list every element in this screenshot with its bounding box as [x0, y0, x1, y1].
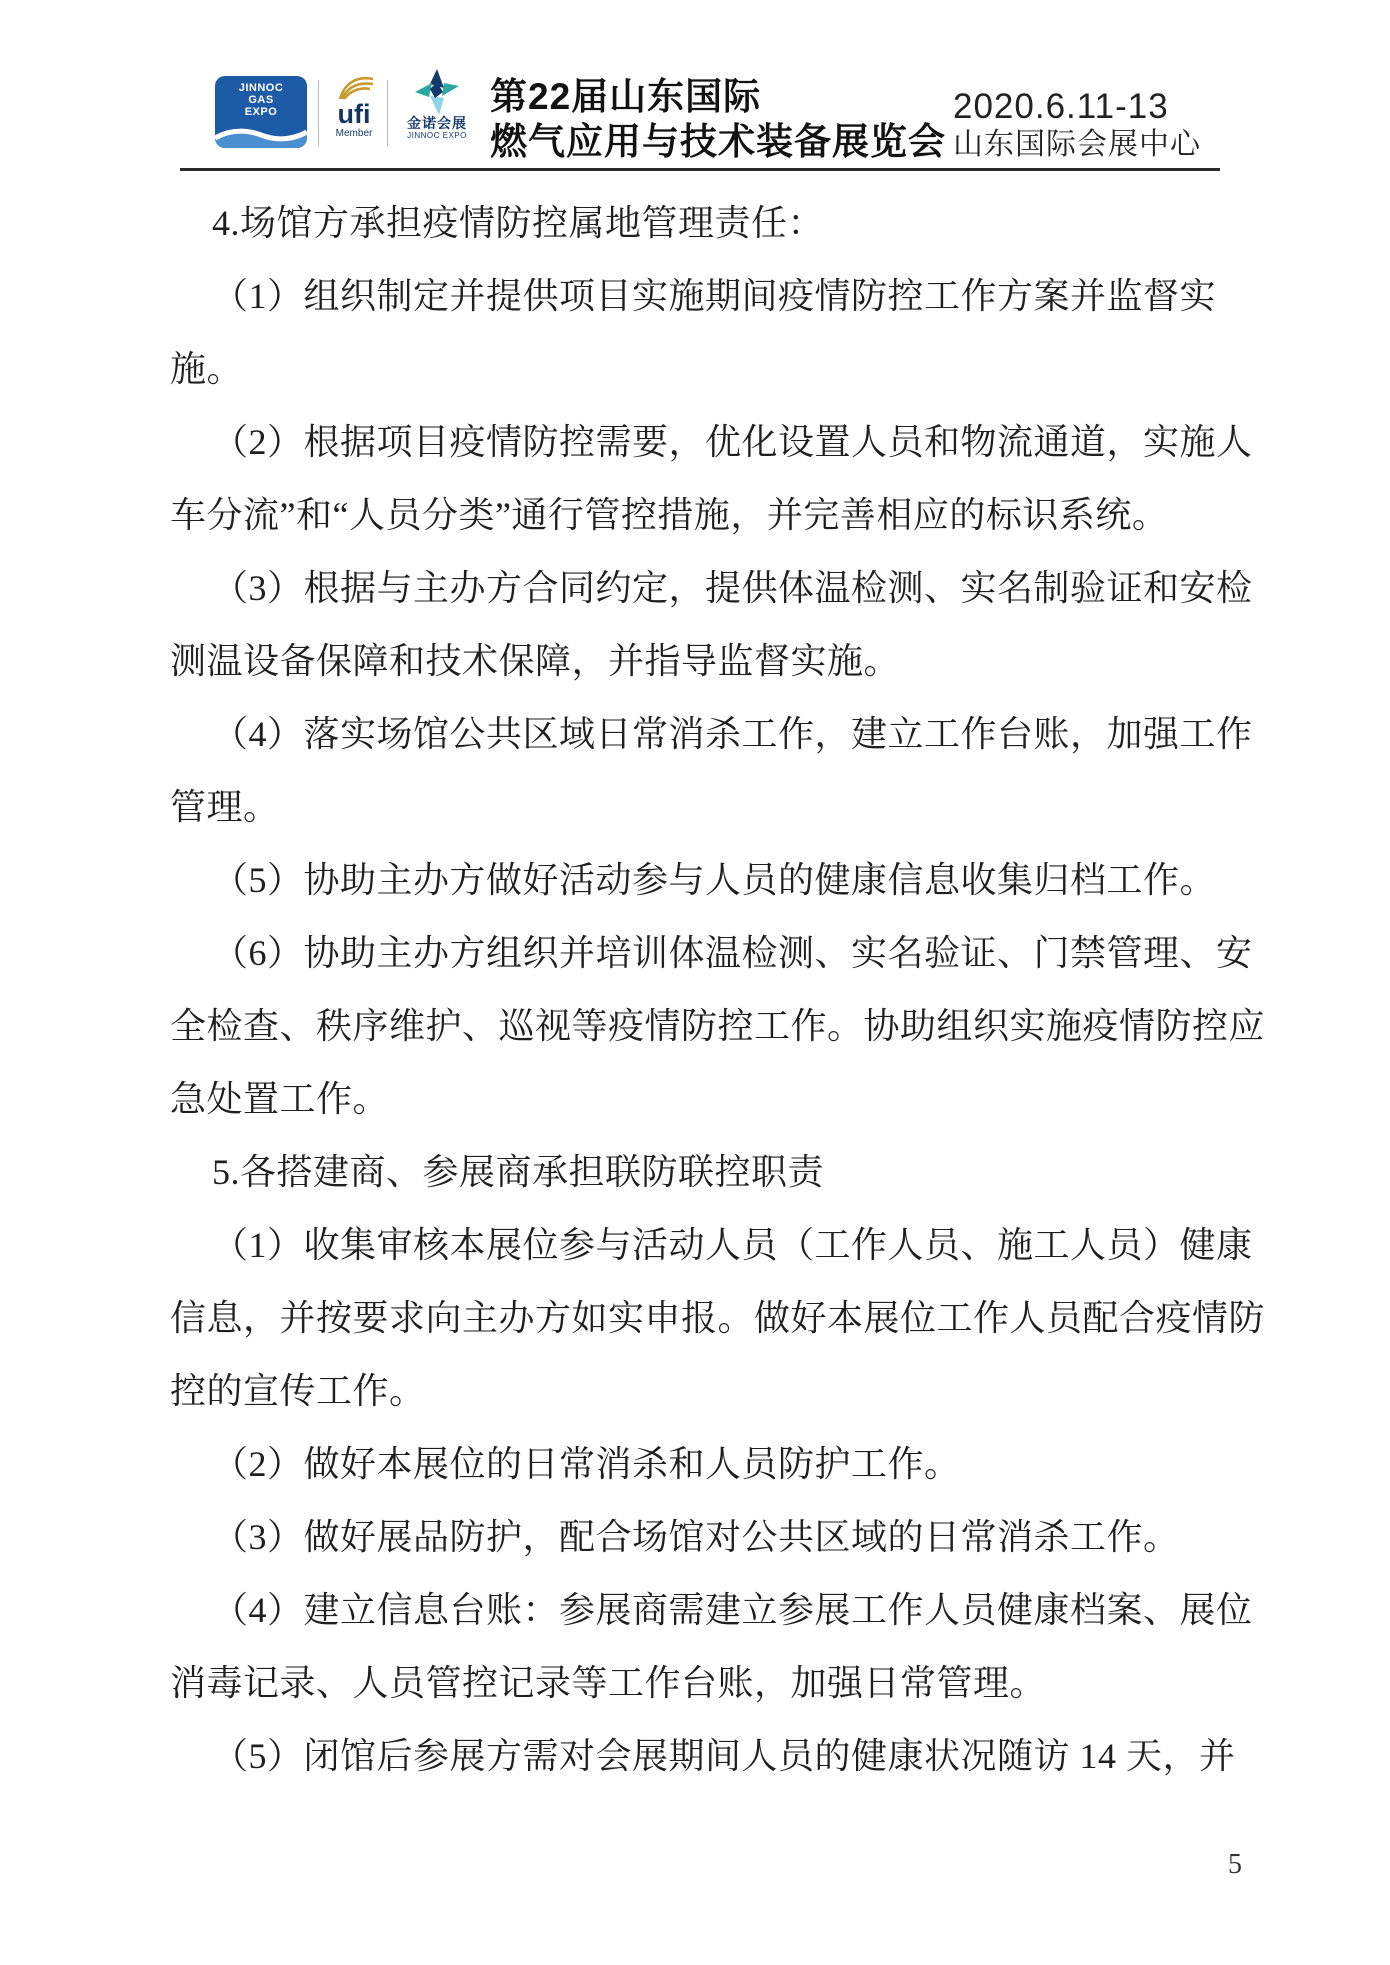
paragraph-line: 控的宣传工作。 — [170, 1355, 1222, 1428]
document-page: JINNOC GAS EXPO ufi Member — [0, 0, 1390, 1965]
paragraph-line: 管理。 — [170, 771, 1222, 844]
exhibition-title: 第22届山东国际 燃气应用与技术装备展览会 — [490, 74, 946, 164]
header: JINNOC GAS EXPO ufi Member — [0, 0, 1390, 175]
event-date: 2020.6.11-13 — [953, 88, 1201, 126]
paragraph-line: 消毒记录、人员管控记录等工作台账，加强日常管理。 — [170, 1647, 1222, 1720]
paragraph-line: 施。 — [170, 333, 1222, 406]
ufi-member-label: Member — [336, 128, 373, 139]
exhibition-title-line1: 第22届山东国际 — [490, 74, 946, 119]
paragraph-line: （5）协助主办方做好活动参与人员的健康信息收集归档工作。 — [170, 844, 1222, 917]
paragraph-line: 急处置工作。 — [170, 1063, 1222, 1136]
paragraph-line: （2）根据项目疫情防控需要，优化设置人员和物流通道，实施人 — [170, 406, 1222, 479]
wave-icon — [215, 122, 307, 148]
logo-divider — [387, 80, 388, 146]
ufi-label: ufi — [338, 100, 371, 128]
event-info: 2020.6.11-13 山东国际会展中心 — [953, 88, 1201, 162]
jinnoc-gas-expo-logo: JINNOC GAS EXPO — [215, 76, 307, 148]
star-pinwheel-icon — [414, 68, 460, 116]
paragraph-line: 车分流”和“人员分类”通行管控措施，并完善相应的标识系统。 — [170, 479, 1222, 552]
paragraph-line: （1）组织制定并提供项目实施期间疫情防控工作方案并监督实 — [170, 260, 1222, 333]
paragraph-line: 信息，并按要求向主办方如实申报。做好本展位工作人员配合疫情防 — [170, 1282, 1222, 1355]
paragraph-line: 4.场馆方承担疫情防控属地管理责任： — [170, 187, 1222, 260]
paragraph-line: 5.各搭建商、参展商承担联防联控职责 — [170, 1136, 1222, 1209]
jinnoc-expo-en-label: JINNOC EXPO — [407, 131, 467, 141]
paragraph-line: （1）收集审核本展位参与活动人员（工作人员、施工人员）健康 — [170, 1209, 1222, 1282]
exhibition-title-line2: 燃气应用与技术装备展览会 — [490, 119, 946, 164]
ufi-member-logo: ufi Member — [328, 74, 380, 150]
jinnoc-expo-logo: 金诺会展 JINNOC EXPO — [398, 68, 476, 152]
header-divider-rule — [180, 168, 1220, 171]
jinnoc-badge-line3: EXPO — [245, 106, 278, 118]
paragraph-line: （3）根据与主办方合同约定，提供体温检测、实名制验证和安检 — [170, 552, 1222, 625]
paragraph-line: （6）协助主办方组织并培训体温检测、实名验证、门禁管理、安 — [170, 917, 1222, 990]
paragraph-line: 测温设备保障和技术保障，并指导监督实施。 — [170, 625, 1222, 698]
ufi-fan-icon — [332, 74, 376, 100]
event-venue: 山东国际会展中心 — [953, 128, 1201, 162]
jinnoc-expo-cn-label: 金诺会展 — [407, 116, 467, 131]
jinnoc-badge-line1: JINNOC — [239, 82, 284, 94]
paragraph-line: 全检查、秩序维护、巡视等疫情防控工作。协助组织实施疫情防控应 — [170, 990, 1222, 1063]
paragraph-line: （3）做好展品防护，配合场馆对公共区域的日常消杀工作。 — [170, 1501, 1222, 1574]
paragraph-line: （4）建立信息台账：参展商需建立参展工作人员健康档案、展位 — [170, 1574, 1222, 1647]
jinnoc-badge-line2: GAS — [248, 94, 273, 106]
logo-divider — [318, 80, 319, 146]
paragraph-line: （5）闭馆后参展方需对会展期间人员的健康状况随访 14 天，并 — [170, 1720, 1222, 1793]
page-number: 5 — [1228, 1848, 1242, 1882]
paragraph-line: （4）落实场馆公共区域日常消杀工作，建立工作台账，加强工作 — [170, 698, 1222, 771]
document-body: 4.场馆方承担疫情防控属地管理责任： （1）组织制定并提供项目实施期间疫情防控工… — [170, 187, 1222, 1793]
paragraph-line: （2）做好本展位的日常消杀和人员防护工作。 — [170, 1428, 1222, 1501]
